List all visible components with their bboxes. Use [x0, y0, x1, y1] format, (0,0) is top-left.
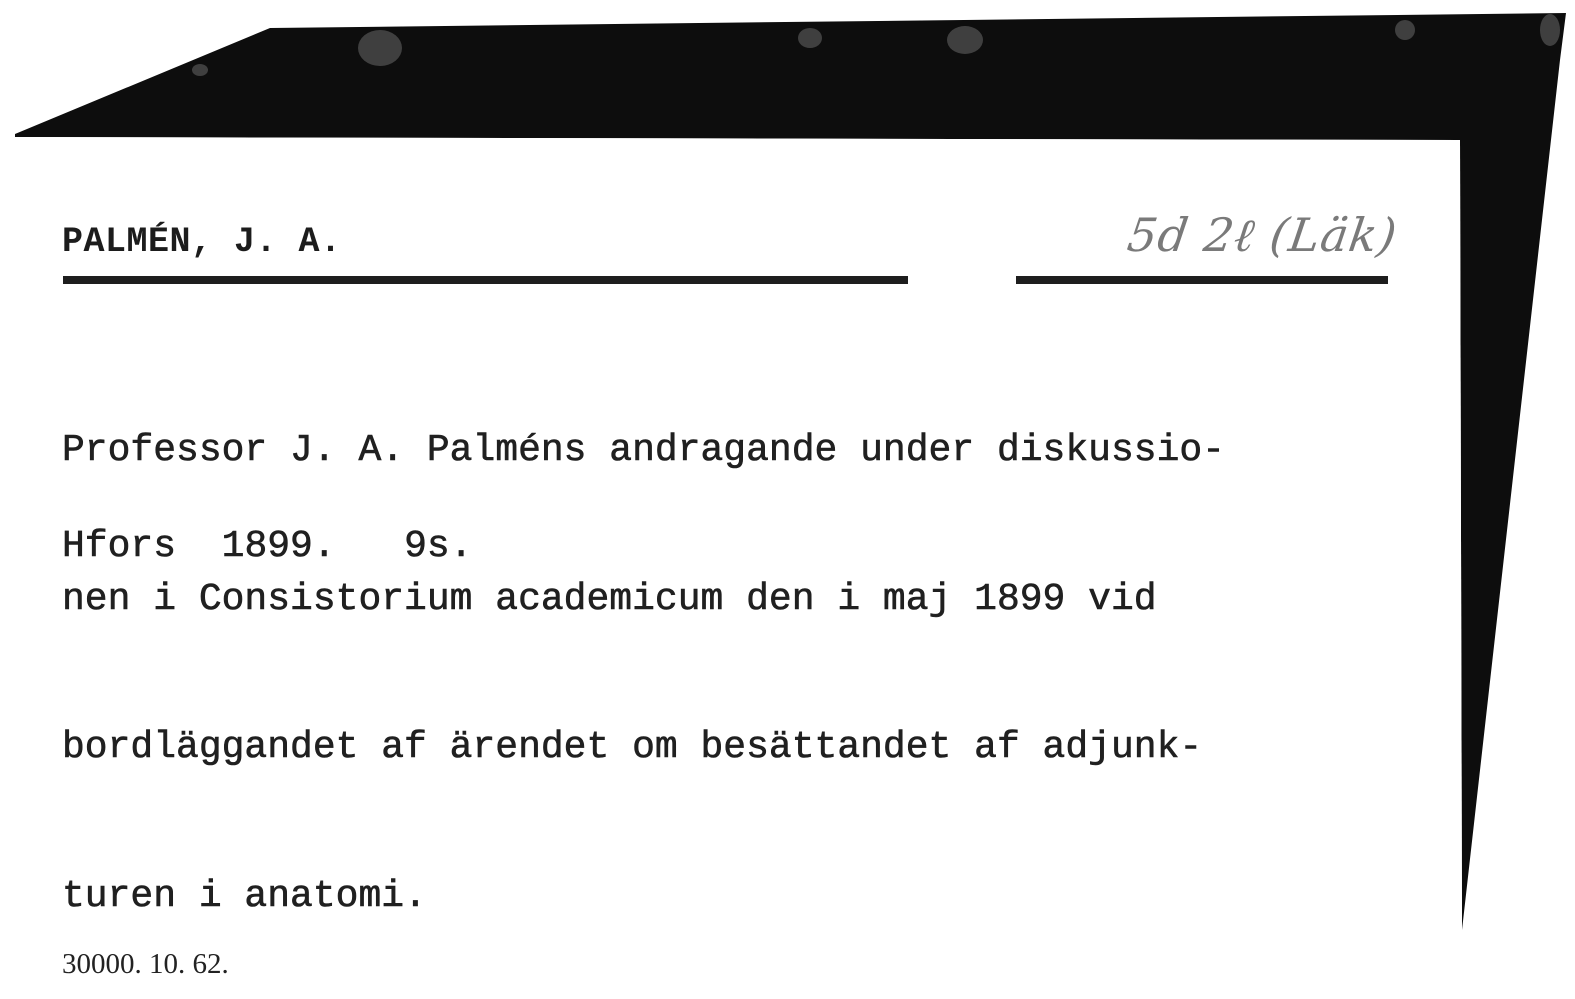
heading-rule-left	[63, 276, 908, 284]
title-line: turen i anatomi.	[62, 872, 1225, 922]
imprint-line: Hfors 1899. 9s.	[62, 525, 473, 568]
handwritten-shelfmark: 5d 2ℓ (Läk)	[1124, 208, 1401, 262]
title-line: bordläggandet af ärendet om besättandet …	[62, 723, 1225, 773]
author-heading: PALMÉN, J. A.	[62, 222, 342, 262]
card-print-code: 30000. 10. 62.	[62, 948, 229, 981]
heading-rule-right	[1016, 276, 1388, 284]
title-description: Professor J. A. Palméns andragande under…	[62, 327, 1225, 971]
title-line: nen i Consistorium academicum den i maj …	[62, 575, 1225, 625]
imprint-year: 1899.	[222, 525, 336, 568]
imprint-pages: 9s.	[404, 525, 472, 568]
title-line: Professor J. A. Palméns andragande under…	[62, 426, 1225, 476]
imprint-place: Hfors	[62, 525, 176, 568]
